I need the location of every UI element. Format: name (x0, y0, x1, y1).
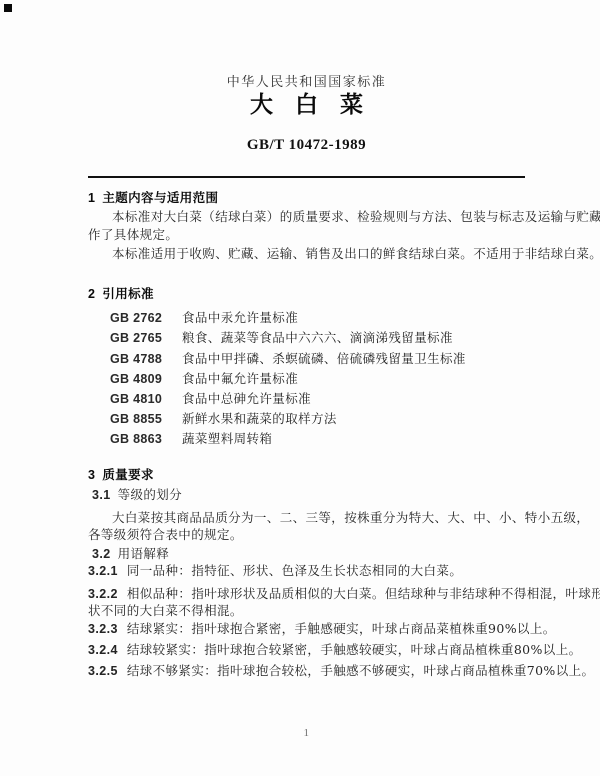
scan-artifact-mark (4, 4, 12, 12)
term-definition-3-2-4: 3.2.4结球较紧实：指叶球抱合较紧密，手触感较硬实，叶球占商品植株重80%以上… (88, 642, 582, 658)
section-3-1-title: 等级的划分 (118, 487, 183, 502)
term-text: 结球不够紧实：指叶球抱合较松，手触感不够硬实，叶球占商品植株重70%以上。 (127, 663, 595, 678)
section-1-para2: 本标准适用于收购、贮藏、运输、销售及出口的鲜食结球白菜。不适用于非结球白菜。 (112, 246, 600, 262)
term-definition-3-2-1: 3.2.1同一品种：指特征、形状、色泽及生长状态相同的大白菜。 (88, 563, 462, 579)
reference-code: GB 4788 (110, 351, 162, 367)
term-text: 结球较紧实：指叶球抱合较紧密，手触感较硬实，叶球占商品植株重80%以上。 (127, 642, 582, 657)
page-number: 1 (88, 725, 525, 741)
section-2-title: 引用标准 (102, 286, 154, 301)
reference-code: GB 2765 (110, 330, 162, 346)
section-3-number: 3 (88, 468, 95, 482)
page-content: 中华人民共和国国家标准 大白菜 GB/T 10472-1989 1主题内容与适用… (88, 0, 525, 776)
section-3-1-heading: 3.1等级的划分 (92, 487, 182, 503)
reference-code: GB 8863 (110, 431, 162, 447)
standard-code: GB/T 10472-1989 (88, 137, 525, 153)
section-1-title: 主题内容与适用范围 (102, 190, 218, 205)
section-3-1-para-line2: 各等级须符合表中的规定。 (88, 527, 243, 543)
section-3-1-number: 3.1 (92, 488, 111, 502)
reference-title: 粮食、蔬菜等食品中六六六、滴滴涕残留量标准 (182, 330, 453, 346)
section-2-number: 2 (88, 287, 95, 301)
section-3-2-title: 用语解释 (118, 546, 170, 561)
term-number: 3.2.2 (88, 587, 118, 601)
section-3-heading: 3质量要求 (88, 467, 154, 483)
header-divider-rule (88, 176, 525, 178)
reference-title: 蔬菜塑料周转箱 (182, 431, 272, 447)
document-page: 中华人民共和国国家标准 大白菜 GB/T 10472-1989 1主题内容与适用… (0, 0, 600, 776)
reference-code: GB 4809 (110, 371, 162, 387)
term-number: 3.2.1 (88, 564, 118, 578)
section-3-title: 质量要求 (102, 467, 154, 482)
document-title: 大白菜 (88, 97, 525, 113)
reference-title: 食品中氟允许量标准 (182, 371, 298, 387)
section-1-heading: 1主题内容与适用范围 (88, 190, 218, 206)
term-definition-3-2-3: 3.2.3结球紧实：指叶球抱合紧密，手触感硬实，叶球占商品菜植株重90%以上。 (88, 621, 556, 637)
term-text: 相似品种：指叶球形状及品质相似的大白菜。但结球种与非结球种不得相混，叶球形 (127, 586, 600, 601)
section-2-heading: 2引用标准 (88, 286, 154, 302)
section-1-para1-line2: 作了具体规定。 (88, 227, 178, 243)
reference-title: 食品中总砷允许量标准 (182, 391, 311, 407)
term-number: 3.2.3 (88, 622, 118, 636)
reference-code: GB 2762 (110, 310, 162, 326)
term-definition-3-2-2: 3.2.2相似品种：指叶球形状及品质相似的大白菜。但结球种与非结球种不得相混，叶… (88, 586, 600, 602)
term-number: 3.2.5 (88, 664, 118, 678)
reference-code: GB 8855 (110, 411, 162, 427)
section-3-2-number: 3.2 (92, 547, 111, 561)
term-text: 同一品种：指特征、形状、色泽及生长状态相同的大白菜。 (127, 563, 462, 578)
term-text: 结球紧实：指叶球抱合紧密，手触感硬实，叶球占商品菜植株重90%以上。 (127, 621, 556, 636)
term-definition-3-2-2-line2: 状不同的大白菜不得相混。 (88, 603, 243, 619)
section-1-number: 1 (88, 191, 95, 205)
national-standard-label: 中华人民共和国国家标准 (88, 75, 525, 91)
reference-code: GB 4810 (110, 391, 162, 407)
reference-title: 食品中甲拌磷、杀螟硫磷、倍硫磷残留量卫生标准 (182, 351, 466, 367)
section-3-1-para-line1: 大白菜按其商品品质分为一、二、三等，按株重分为特大、大、中、小、特小五级， (112, 510, 589, 526)
term-definition-3-2-5: 3.2.5结球不够紧实：指叶球抱合较松，手触感不够硬实，叶球占商品植株重70%以… (88, 663, 594, 679)
section-3-2-heading: 3.2用语解释 (92, 546, 169, 562)
term-number: 3.2.4 (88, 643, 118, 657)
reference-title: 新鲜水果和蔬菜的取样方法 (182, 411, 337, 427)
section-1-para1-line1: 本标准对大白菜（结球白菜）的质量要求、检验规则与方法、包装与标志及运输与贮藏 (112, 209, 600, 225)
reference-title: 食品中汞允许量标准 (182, 310, 298, 326)
